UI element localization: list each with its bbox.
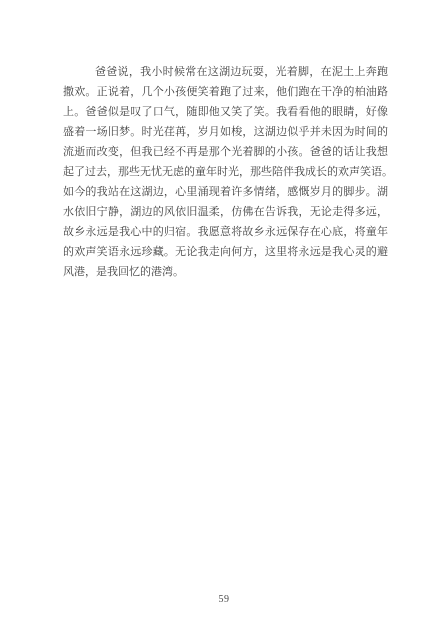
paragraph-line: 起了过去，那些无忧无虑的童年时光，那些陪伴我成长的欢声笑语。 — [63, 162, 388, 182]
page-number: 59 — [0, 594, 448, 605]
paragraph-line: 风港，是我回忆的港湾。 — [63, 262, 388, 282]
paragraph-line: 流逝而改变，但我已经不再是那个光着脚的小孩。爸爸的话让我想 — [63, 142, 388, 162]
document-page: 爸爸说，我小时候常在这湖边玩耍，光着脚，在泥土上奔跑撒欢。正说着，几个小孩便笑着… — [0, 0, 448, 640]
paragraph: 爸爸说，我小时候常在这湖边玩耍，光着脚，在泥土上奔跑撒欢。正说着，几个小孩便笑着… — [63, 62, 388, 282]
paragraph-line: 盛着一场旧梦。时光荏苒，岁月如梭，这湖边似乎并未因为时间的 — [63, 122, 388, 142]
paragraph-line: 爸爸说，我小时候常在这湖边玩耍，光着脚，在泥土上奔跑 — [63, 62, 388, 82]
paragraph-line: 的欢声笑语永远珍藏。无论我走向何方，这里将永远是我心灵的避 — [63, 242, 388, 262]
paragraph-line: 撒欢。正说着，几个小孩便笑着跑了过来，他们跑在干净的柏油路 — [63, 82, 388, 102]
paragraph-line: 上。爸爸似是叹了口气，随即他又笑了笑。我看看他的眼睛，好像 — [63, 102, 388, 122]
paragraph-line: 故乡永远是我心中的归宿。我愿意将故乡永远保存在心底，将童年 — [63, 222, 388, 242]
paragraph-line: 如今的我站在这湖边，心里涌现着许多情绪，感慨岁月的脚步。湖 — [63, 182, 388, 202]
paragraph-line: 水依旧宁静，湖边的风依旧温柔，仿佛在告诉我，无论走得多远， — [63, 202, 388, 222]
